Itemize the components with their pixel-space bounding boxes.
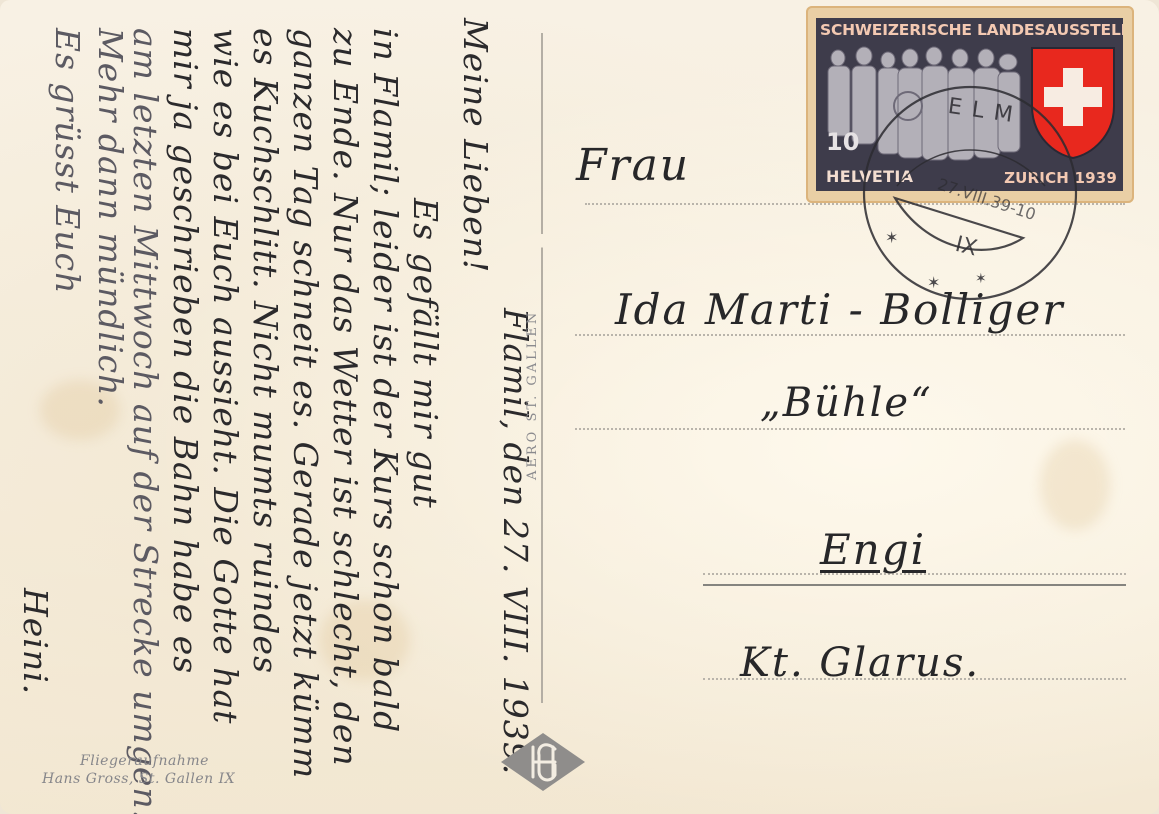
publisher-vertical-text: AERO ST. GALLEN (525, 310, 540, 480)
stamp-country: HELVETIA (826, 167, 913, 186)
message-line: es Kuchschlitt. Nicht mumts ruindes (246, 28, 285, 674)
stamp-place-year: ZURICH 1939 (1004, 169, 1117, 187)
address-salutation: Frau (576, 140, 690, 191)
address-dotted-line (575, 334, 1125, 336)
center-divider (541, 33, 543, 703)
address-house: „Bühle“ (760, 380, 933, 426)
message-line: Mehr dann mündlich. (91, 28, 130, 408)
message-line: mir ja geschrieben die Bahn habe es (166, 28, 205, 674)
address-dotted-line (585, 203, 1125, 205)
message-greeting: Meine Lieben! (456, 18, 495, 273)
address-solid-rule (703, 584, 1126, 586)
credit-line-2: Hans Gross, St. Gallen IX (42, 770, 235, 788)
svg-text:IX: IX (953, 232, 980, 261)
message-line: Es gefällt mir gut (406, 198, 445, 509)
stamp-value: 10 (826, 128, 859, 156)
hg-monogram-diamond-logo (499, 731, 587, 793)
message-line: am letzten Mittwoch auf der Strecke umge… (126, 28, 165, 814)
credit-line-1: Fliegeraufnahme (42, 752, 235, 770)
handwritten-message: Flamil, den 27. VIII. 1939. Meine Lieben… (15, 8, 525, 798)
message-line: wie es bei Euch aussieht. Die Gotte hat (206, 28, 245, 724)
photo-credit: Fliegeraufnahme Hans Gross, St. Gallen I… (42, 752, 235, 788)
stamp-face: SCHWEIZERISCHE LANDESAUSSTELLUNG 10 HELV… (816, 18, 1123, 191)
message-line: in Flamil; leider ist der Kurs schon bal… (366, 28, 405, 733)
message-signature: Heini. (16, 588, 55, 695)
message-closing: Es grüsst Euch (48, 28, 87, 294)
message-line: ganzen Tag schneit es. Gerade jetzt kümm (286, 28, 325, 779)
address-canton: Kt. Glarus. (740, 640, 980, 686)
message-line: zu Ende. Nur das Wetter ist schlecht, de… (326, 28, 365, 767)
address-dotted-line (575, 428, 1125, 430)
address-name: Ida Marti - Bolliger (615, 285, 1064, 334)
postage-stamp: SCHWEIZERISCHE LANDESAUSSTELLUNG 10 HELV… (806, 6, 1134, 203)
postcard-back: Flamil, den 27. VIII. 1939. Meine Lieben… (0, 0, 1159, 814)
swiss-cross-shield-icon (1026, 44, 1120, 162)
stamp-title: SCHWEIZERISCHE LANDESAUSSTELLUNG (820, 21, 1120, 39)
paper-stain (1040, 440, 1110, 530)
svg-text:✶: ✶ (885, 228, 898, 247)
address-town: Engi (820, 525, 926, 574)
